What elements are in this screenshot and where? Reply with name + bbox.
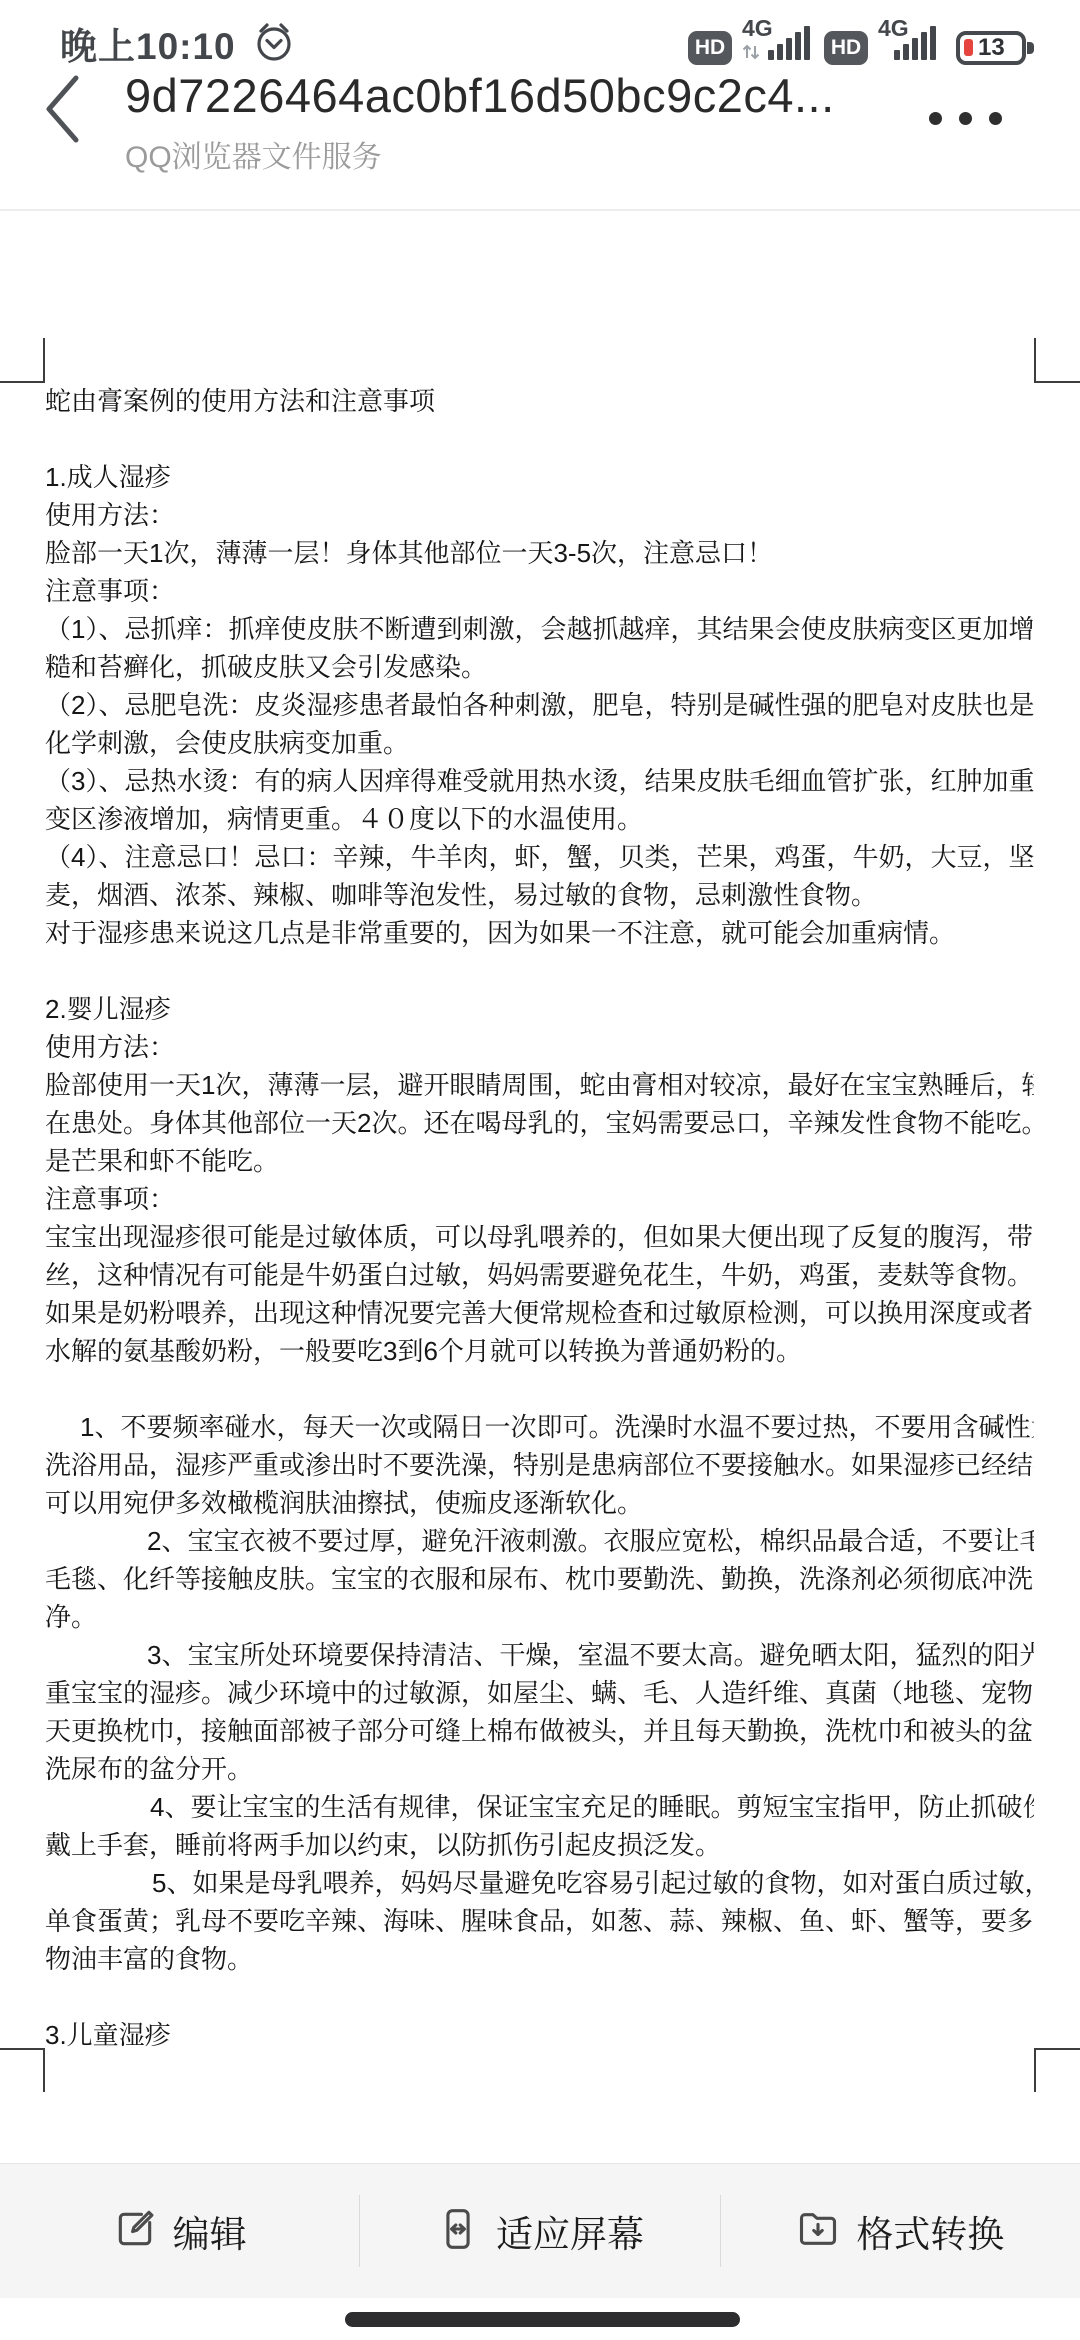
hd-badge-icon: HD (824, 31, 868, 65)
doc-line: （3）、忌热水烫：有的病人因痒得难受就用热水烫，结果皮肤毛细血管扩张，红肿加重，… (45, 762, 1034, 800)
doc-line: 物油丰富的食物。 (45, 1940, 1034, 1978)
doc-line: 3、宝宝所处环境要保持清洁、干燥，室温不要太高。避免晒太阳，猛烈的阳光会加 (45, 1636, 1034, 1674)
bottom-toolbar: 编辑 适应屏幕 格式转换 (0, 2163, 1080, 2298)
doc-line: 可以用宛伊多效橄榄润肤油擦拭，使痂皮逐渐软化。 (45, 1484, 1034, 1522)
doc-line: 注意事项： (45, 1180, 1034, 1218)
doc-line: 使用方法： (45, 1028, 1034, 1066)
document-viewport[interactable]: 蛇由膏案例的使用方法和注意事项 1.成人湿疹使用方法：脸部一天1次，薄薄一层！身… (0, 211, 1080, 2163)
doc-line: 糙和苔癣化，抓破皮肤又会引发感染。 (45, 648, 1034, 686)
status-right: HD 4G (688, 19, 1026, 67)
doc-line: 单食蛋黄；乳母不要吃辛辣、海味、腥味食品，如葱、蒜、辣椒、鱼、虾、蟹等，要多吃含… (45, 1902, 1034, 1940)
doc-line: （4）、注意忌口！忌口：辛辣，牛羊肉，虾，蟹，贝类，芒果，鸡蛋，牛奶，大豆，坚果… (45, 838, 1034, 876)
doc-line: 1、不要频率碰水，每天一次或隔日一次即可。洗澡时水温不要过热，不要用含碱性大的 (45, 1408, 1034, 1446)
doc-line (45, 420, 1034, 458)
text-boundary-mark (1034, 338, 1080, 383)
alarm-icon (252, 19, 296, 68)
doc-line: 注意事项： (45, 572, 1034, 610)
battery-percent: 13 (978, 34, 1005, 62)
doc-line: 使用方法： (45, 496, 1034, 534)
chevron-left-icon (36, 133, 88, 150)
doc-line: 宝宝出现湿疹很可能是过敏体质，可以母乳喂养的，但如果大便出现了反复的腹泻，带有血 (45, 1218, 1034, 1256)
doc-line: 麦，烟酒、浓茶、辣椒、咖啡等泡发性，易过敏的食物，忌刺激性食物。 (45, 876, 1034, 914)
doc-line: 5、如果是母乳喂养，妈妈尽量避免吃容易引起过敏的食物，如对蛋白质过敏，可 (45, 1864, 1034, 1902)
doc-line: 1.成人湿疹 (45, 458, 1034, 496)
home-indicator[interactable] (345, 2312, 740, 2327)
signal-4g-icon: 4G (742, 19, 814, 67)
battery-tip (1027, 42, 1034, 54)
three-dots-icon (929, 112, 942, 125)
doc-line: 天更换枕巾，接触面部被子部分可缝上棉布做被头，并且每天勤换，洗枕巾和被头的盆要与 (45, 1712, 1034, 1750)
doc-line: 蛇由膏案例的使用方法和注意事项 (45, 382, 1034, 420)
text-boundary-mark (1034, 2048, 1080, 2092)
doc-line: 重宝宝的湿疹。减少环境中的过敏源，如屋尘、螨、毛、人造纤维、真菌（地毯、宠物）。… (45, 1674, 1034, 1712)
doc-line: 毛毯、化纤等接触皮肤。宝宝的衣服和尿布、枕巾要勤洗、勤换，洗涤剂必须彻底冲洗干 (45, 1560, 1034, 1598)
battery-level-bar (964, 39, 973, 56)
doc-line: 脸部使用一天1次，薄薄一层，避开眼睛周围，蛇由膏相对较凉，最好在宝宝熟睡后，轻轻… (45, 1066, 1034, 1104)
doc-line: 变区渗液增加，病情更重。４０度以下的水温使用。 (45, 800, 1034, 838)
battery-icon: 13 (956, 31, 1026, 65)
doc-line: 2、宝宝衣被不要过厚，避免汗液刺激。衣服应宽松，棉织品最合适，不要让毛衣、 (45, 1522, 1034, 1560)
doc-line: 3.儿童湿疹 (45, 2016, 1034, 2054)
back-button[interactable] (36, 72, 92, 148)
status-left: 晚上10:10 (60, 16, 296, 70)
doc-line: 4、要让宝宝的生活有规律，保证宝宝充足的睡眠。剪短宝宝指甲，防止抓破伤口。 (45, 1788, 1034, 1826)
screen: 晚上10:10 HD 4G (0, 0, 1080, 2340)
doc-line (45, 1978, 1034, 2016)
doc-lines: 蛇由膏案例的使用方法和注意事项 1.成人湿疹使用方法：脸部一天1次，薄薄一层！身… (45, 382, 1034, 2054)
more-menu-button[interactable] (929, 112, 1002, 125)
doc-line (45, 1370, 1034, 1408)
edit-icon (113, 2207, 157, 2256)
signal-bars-icon (894, 24, 940, 65)
doc-line: 洗浴用品，湿疹严重或渗出时不要洗澡，特别是患病部位不要接触水。如果湿疹已经结痂， (45, 1446, 1034, 1484)
header: 9d7226464ac0bf16d50bc9c2c4... QQ浏览器文件服务 (0, 72, 1080, 211)
doc-line: 化学刺激，会使皮肤病变加重。 (45, 724, 1034, 762)
doc-line: 在患处。身体其他部位一天2次。还在喝母乳的，宝妈需要忌口，辛辣发性食物不能吃。尤… (45, 1104, 1034, 1142)
edit-button[interactable]: 编辑 (0, 2204, 359, 2258)
page-title: 9d7226464ac0bf16d50bc9c2c4... (125, 68, 905, 123)
doc-line: 净。 (45, 1598, 1034, 1636)
three-dots-icon (989, 112, 1002, 125)
format-convert-label: 格式转换 (856, 2204, 1004, 2258)
doc-line: 是芒果和虾不能吃。 (45, 1142, 1034, 1180)
doc-line: （2）、忌肥皂洗：皮炎湿疹患者最怕各种刺激，肥皂，特别是碱性强的肥皂对皮肤也是一… (45, 686, 1034, 724)
format-convert-button[interactable]: 格式转换 (721, 2204, 1080, 2258)
doc-line: 2.婴儿湿疹 (45, 990, 1034, 1028)
text-boundary-mark (0, 2048, 45, 2092)
doc-line: 戴上手套，睡前将两手加以约束，以防抓伤引起皮损泛发。 (45, 1826, 1034, 1864)
doc-line: 对于湿疹患来说这几点是非常重要的，因为如果一不注意，就可能会加重病情。 (45, 914, 1034, 952)
signal-bars-icon (768, 24, 814, 65)
hd-badge-icon: HD (688, 31, 732, 65)
doc-line (45, 952, 1034, 990)
doc-line: 如果是奶粉喂养，出现这种情况要完善大便常规检查和过敏原检测，可以换用深度或者适度 (45, 1294, 1034, 1332)
doc-line: 丝，这种情况有可能是牛奶蛋白过敏，妈妈需要避免花生，牛奶，鸡蛋，麦麸等食物。 (45, 1256, 1034, 1294)
fit-screen-icon (436, 2207, 480, 2256)
doc-line: 水解的氨基酸奶粉，一般要吃3到6个月就可以转换为普通奶粉的。 (45, 1332, 1034, 1370)
fit-screen-button[interactable]: 适应屏幕 (360, 2204, 719, 2258)
header-titles: 9d7226464ac0bf16d50bc9c2c4... QQ浏览器文件服务 (125, 68, 905, 176)
status-bar: 晚上10:10 HD 4G (0, 0, 1080, 72)
status-time: 晚上10:10 (60, 16, 236, 70)
doc-line: 脸部一天1次，薄薄一层！身体其他部位一天3-5次，注意忌口！ (45, 534, 1034, 572)
fit-screen-label: 适应屏幕 (496, 2204, 644, 2258)
page-subtitle: QQ浏览器文件服务 (125, 132, 905, 176)
home-area (0, 2298, 1080, 2340)
three-dots-icon (959, 112, 972, 125)
edit-label: 编辑 (173, 2204, 247, 2258)
doc-line: 洗尿布的盆分开。 (45, 1750, 1034, 1788)
signal-4g-icon: 4G (878, 19, 940, 67)
data-arrows-icon (742, 38, 760, 65)
text-boundary-mark (0, 338, 45, 383)
format-convert-icon (796, 2207, 840, 2256)
doc-line: （1）、忌抓痒：抓痒使皮肤不断遭到刺激，会越抓越痒，其结果会使皮肤病变区更加增厚… (45, 610, 1034, 648)
